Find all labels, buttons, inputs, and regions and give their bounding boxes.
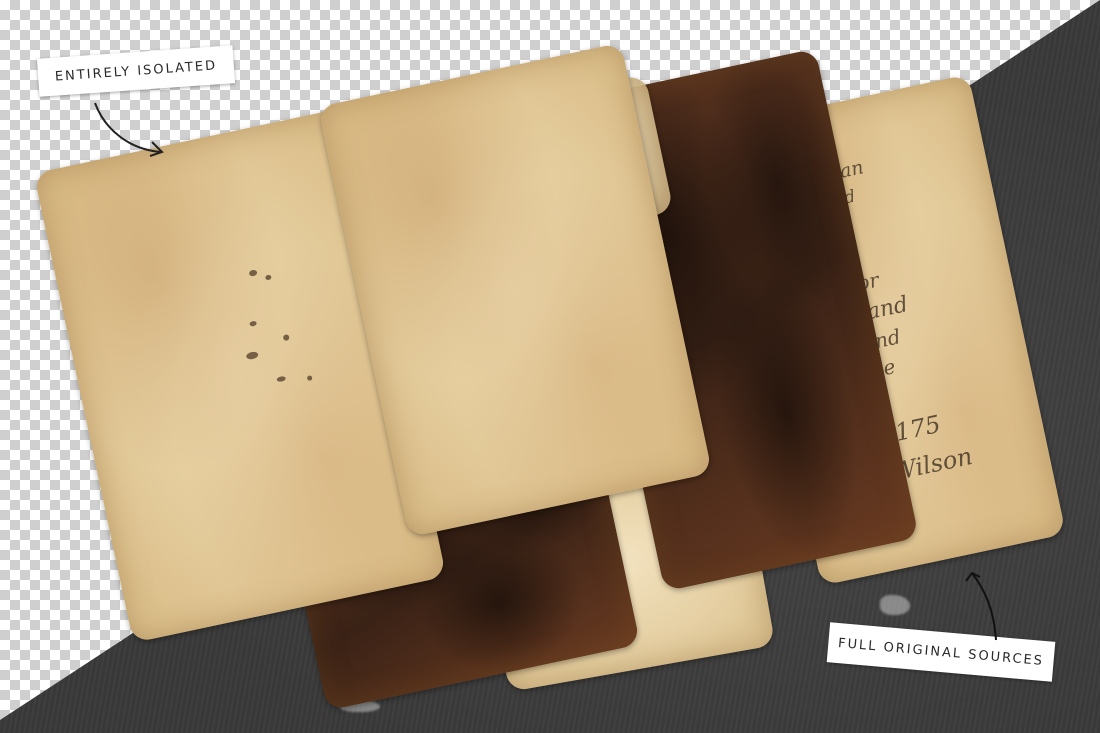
label-text: ENTIRELY ISOLATED bbox=[54, 58, 217, 84]
curved-arrow-icon bbox=[960, 565, 1010, 645]
curved-arrow-icon bbox=[90, 100, 180, 170]
label-text: FULL ORIGINAL SOURCES bbox=[837, 636, 1044, 669]
paint-splash bbox=[880, 595, 910, 615]
mockup-stage: ortelone house gran received Miller in a… bbox=[0, 0, 1100, 733]
